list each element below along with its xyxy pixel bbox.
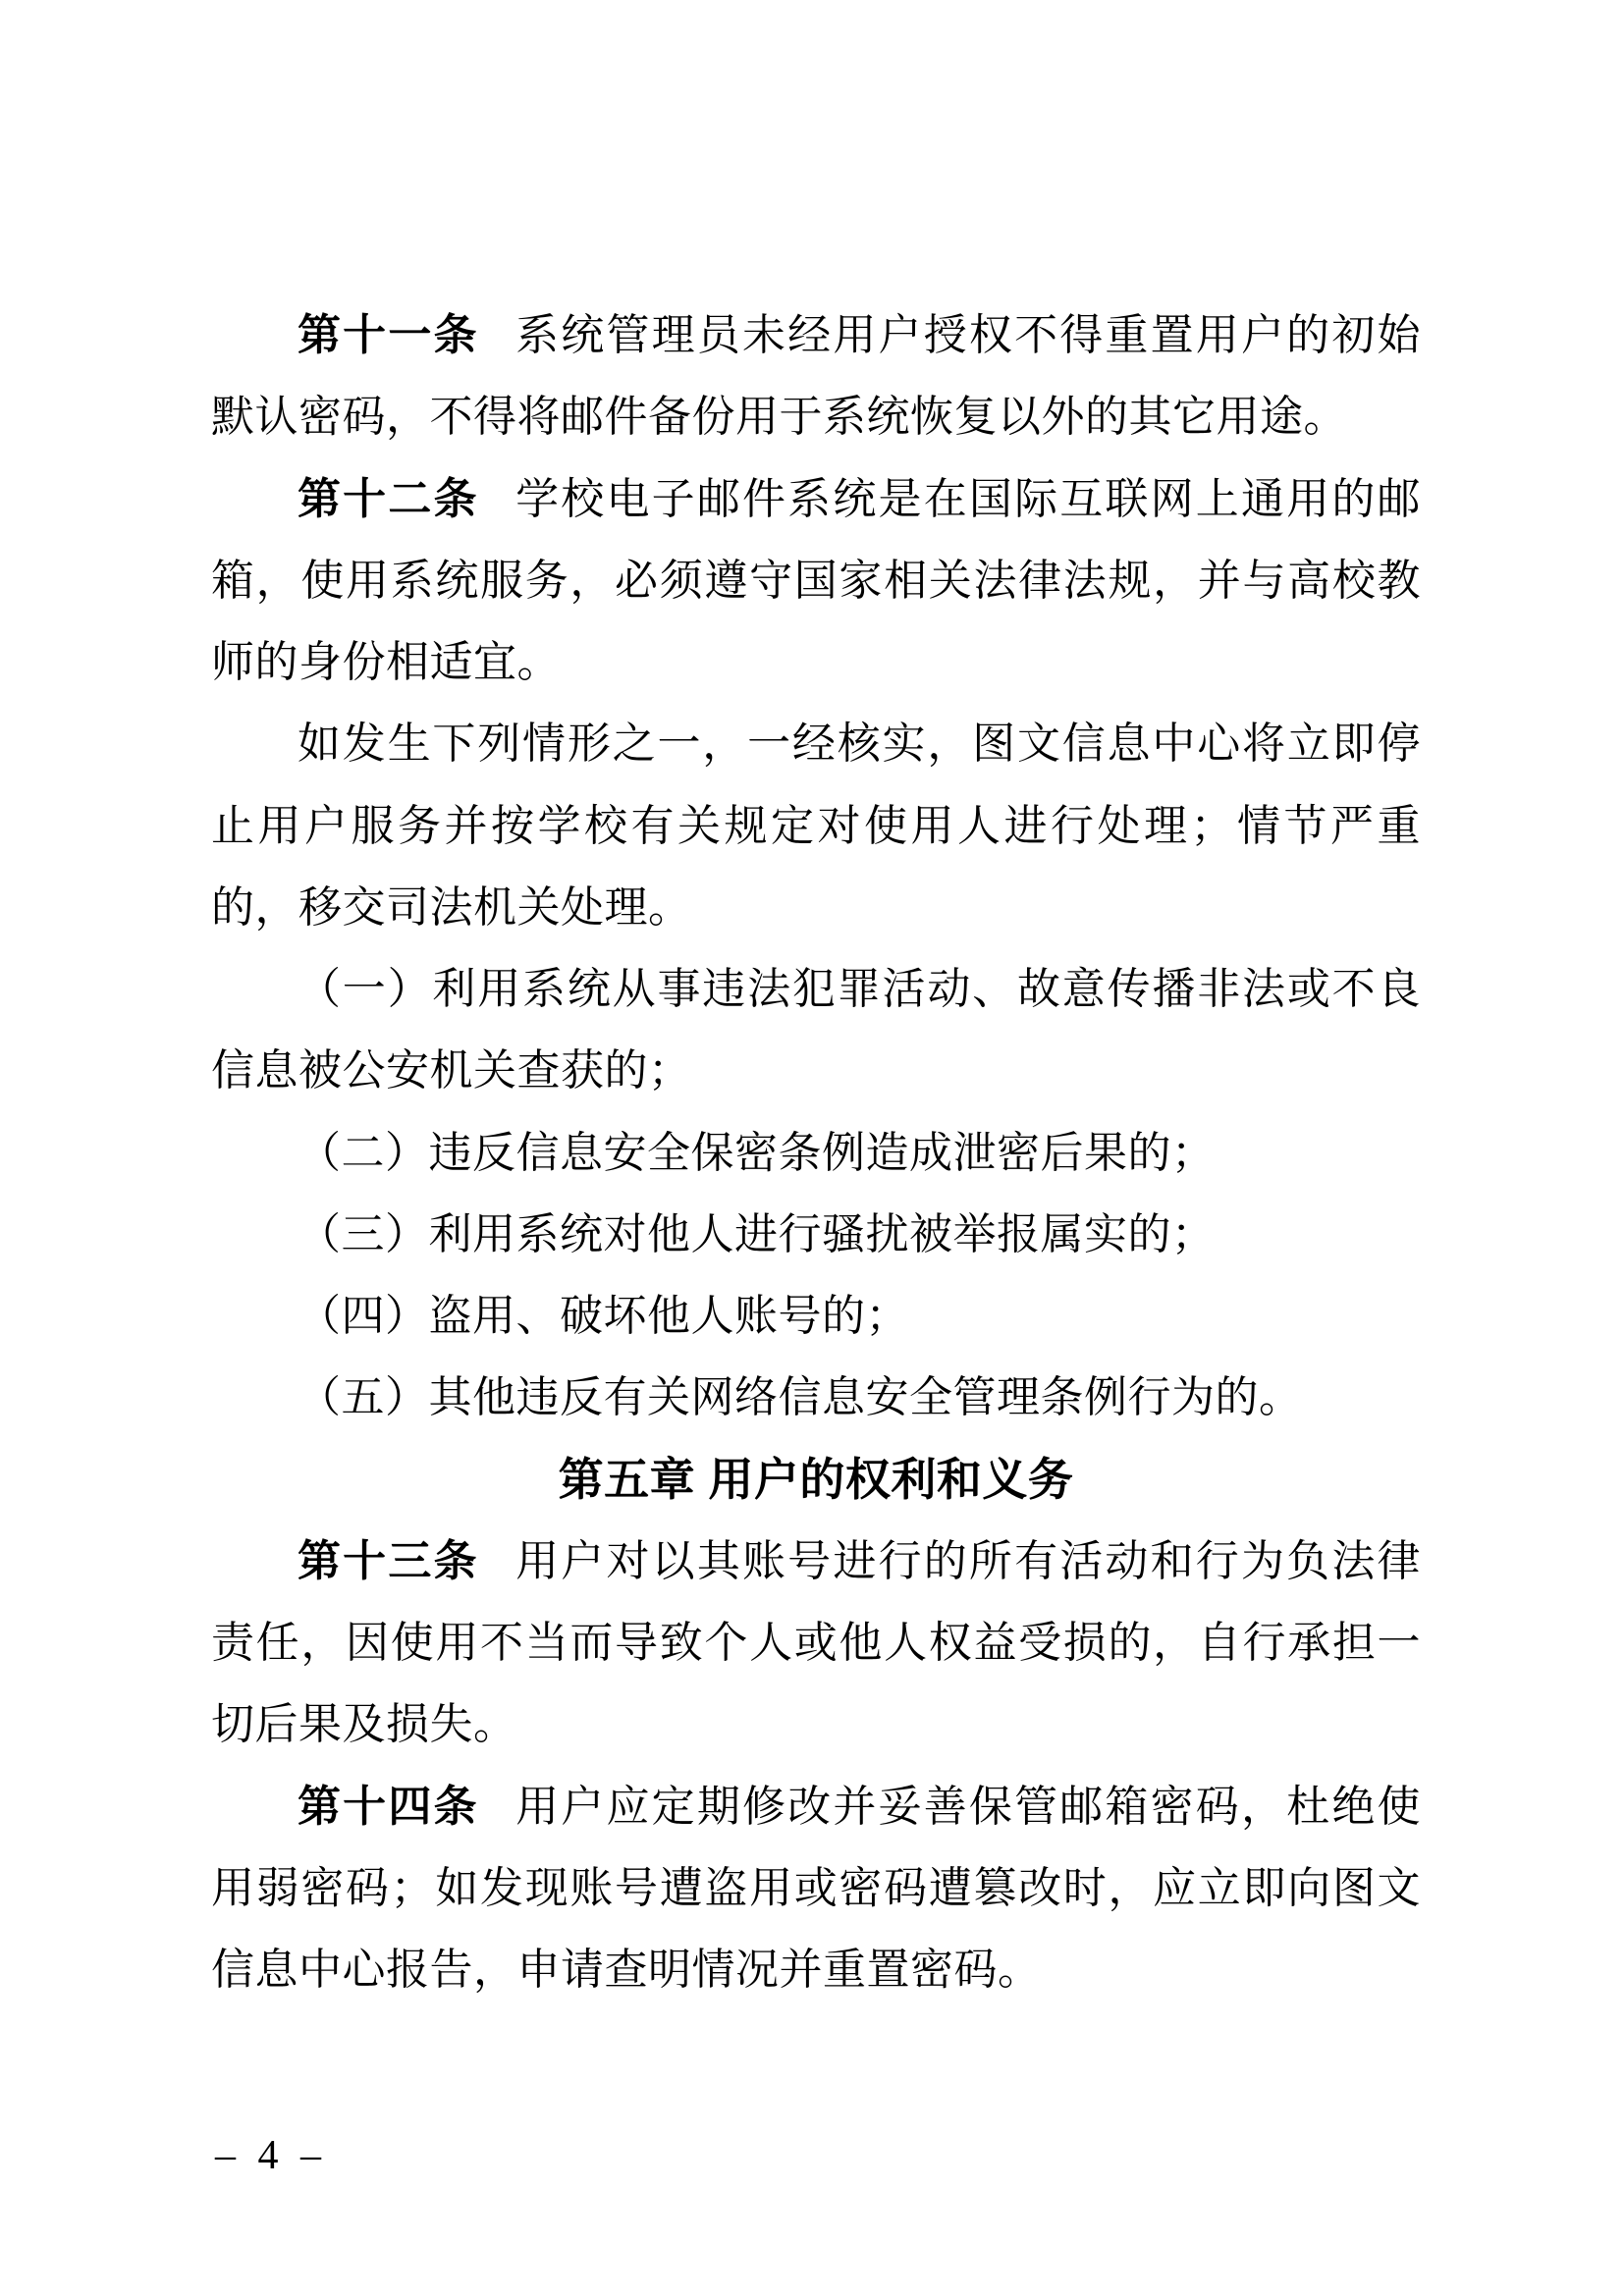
list-item-text: （一）利用系统从事违法犯罪活动、故意传播非法或不良信息被公安机关查获的； xyxy=(211,965,1421,1095)
article-paragraph: 第十一条系统管理员未经用户授权不得重置用户的初始默认密码，不得将邮件备份用于系统… xyxy=(211,294,1421,458)
document-page: 第十一条系统管理员未经用户授权不得重置用户的初始默认密码，不得将邮件备份用于系统… xyxy=(0,0,1624,2296)
list-item-text: （五）其他违反有关网络信息安全管理条例行为的。 xyxy=(298,1373,1303,1421)
list-item-text: （二）违反信息安全保密条例造成泄密后果的； xyxy=(298,1129,1216,1177)
list-item: （四）盗用、破坏他人账号的； xyxy=(211,1275,1421,1357)
list-item: （二）违反信息安全保密条例造成泄密后果的； xyxy=(211,1112,1421,1194)
chapter-heading: 第五章 用户的权利和义务 xyxy=(211,1439,1421,1521)
list-item-text: （四）盗用、破坏他人账号的； xyxy=(298,1292,909,1340)
body-paragraph: 如发生下列情形之一，一经核实，图文信息中心将立即停止用户服务并按学校有关规定对使… xyxy=(211,703,1421,948)
list-item: （一）利用系统从事违法犯罪活动、故意传播非法或不良信息被公安机关查获的； xyxy=(211,948,1421,1112)
article-number: 第十四条 xyxy=(298,1783,479,1831)
article-number: 第十三条 xyxy=(298,1537,479,1585)
list-item: （五）其他违反有关网络信息安全管理条例行为的。 xyxy=(211,1357,1421,1438)
article-number: 第十一条 xyxy=(298,311,479,359)
page-number: – 4 – xyxy=(215,2132,327,2179)
article-paragraph: 第十三条用户对以其账号进行的所有活动和行为负法律责任，因使用不当而导致个人或他人… xyxy=(211,1521,1421,1766)
article-paragraph: 第十二条学校电子邮件系统是在国际互联网上通用的邮箱，使用系统服务，必须遵守国家相… xyxy=(211,458,1421,704)
article-paragraph: 第十四条用户应定期修改并妥善保管邮箱密码，杜绝使用弱密码；如发现账号遭盗用或密码… xyxy=(211,1766,1421,2011)
list-item-text: （三）利用系统对他人进行骚扰被举报属实的； xyxy=(298,1210,1216,1258)
document-body: 第十一条系统管理员未经用户授权不得重置用户的初始默认密码，不得将邮件备份用于系统… xyxy=(211,294,1421,2010)
paragraph-text: 如发生下列情形之一，一经核实，图文信息中心将立即停止用户服务并按学校有关规定对使… xyxy=(211,720,1421,932)
list-item: （三）利用系统对他人进行骚扰被举报属实的； xyxy=(211,1194,1421,1275)
article-number: 第十二条 xyxy=(298,475,479,523)
